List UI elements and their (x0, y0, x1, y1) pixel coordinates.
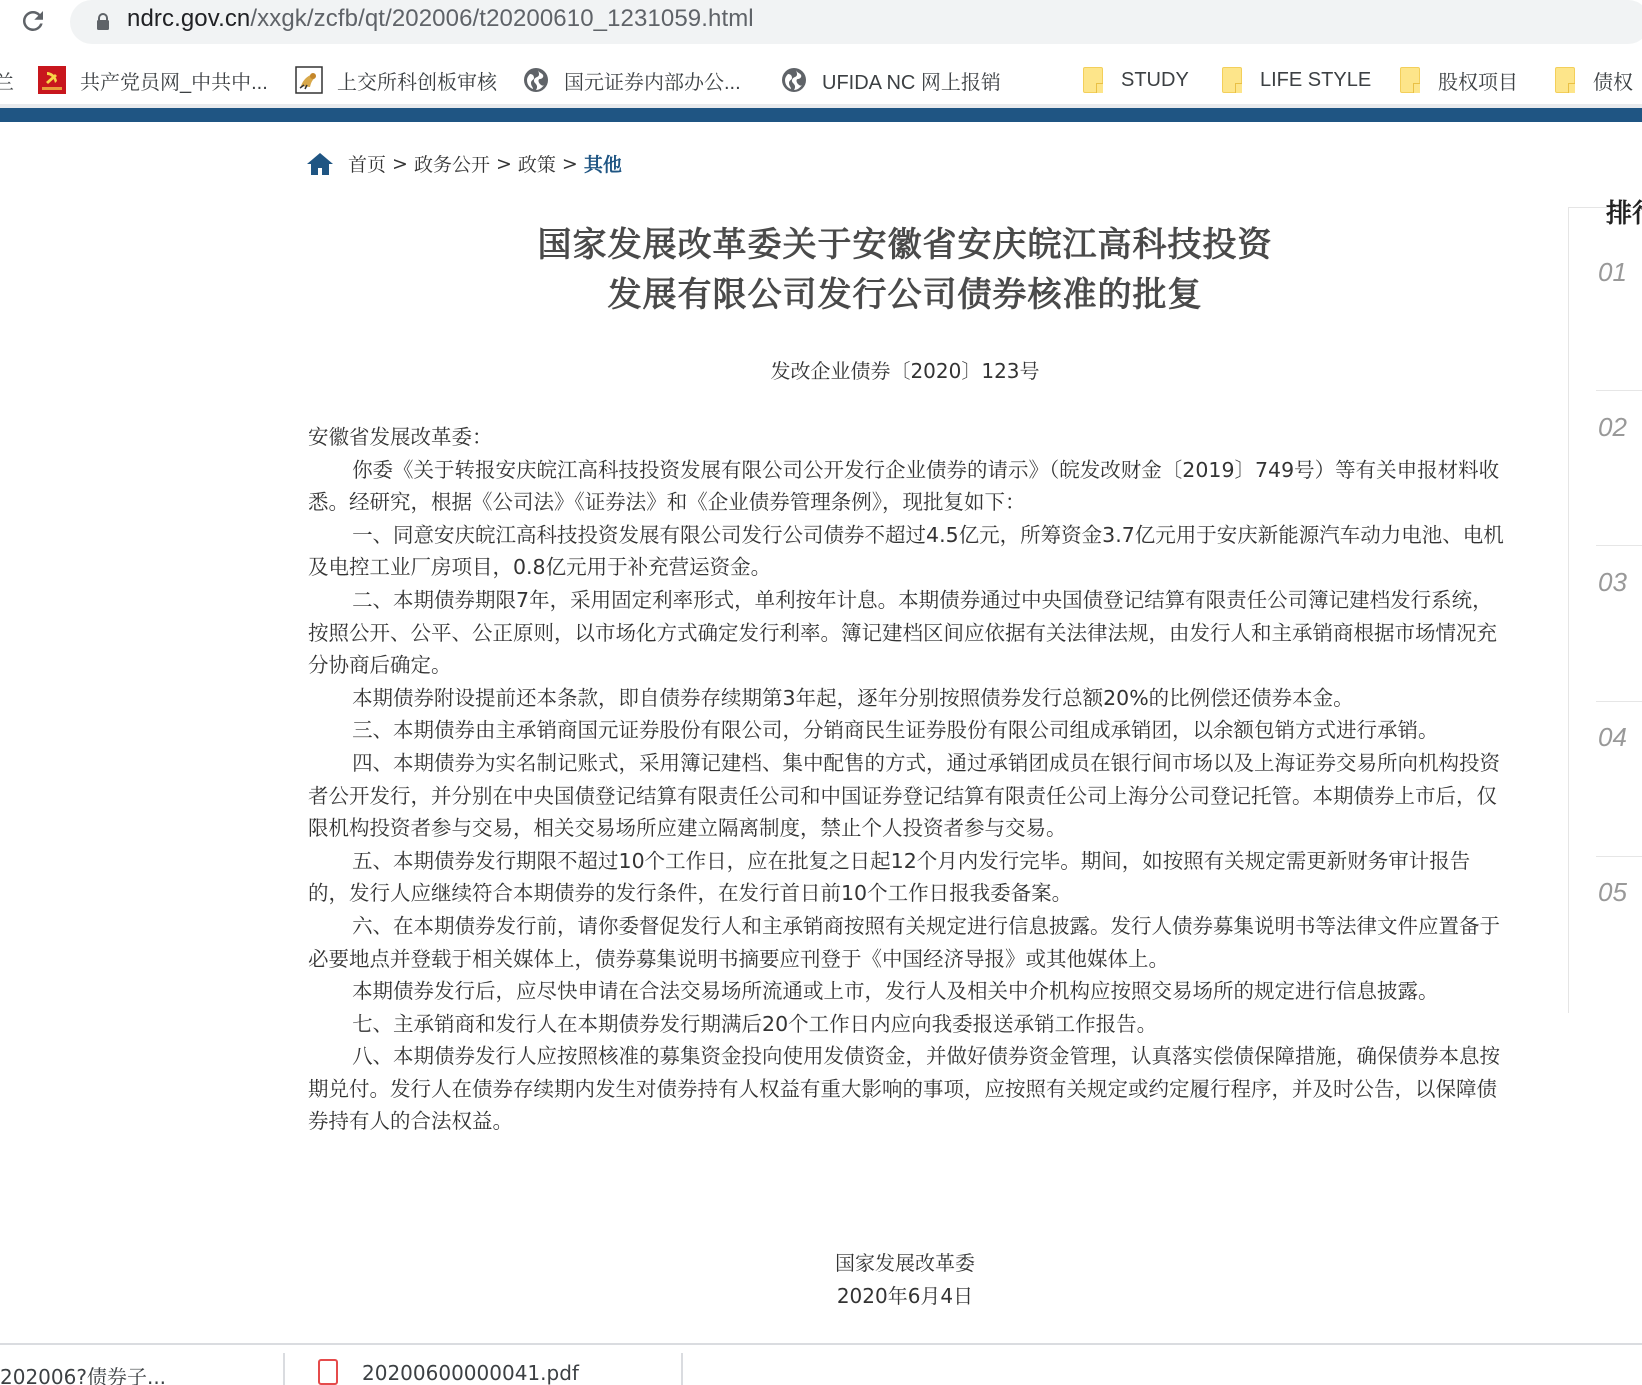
document-number: 发改企业债券〔2020〕123号 (300, 355, 1510, 384)
download-filename: 20200600000041.pdf (362, 1361, 579, 1383)
download-shelf: 202006?债券子... 20200600000041.pdf (0, 1343, 1642, 1383)
rank-divider (1596, 390, 1642, 391)
signature-block: 国家发展改革委 2020年6月4日 (300, 1247, 1510, 1313)
breadcrumb-separator: > (392, 153, 408, 175)
bookmark-label: 上交所科创板审核 (337, 66, 497, 95)
folder-icon (1083, 67, 1103, 93)
bookmark-ufida-nc[interactable]: UFIDA NC 网上报销 (780, 64, 1001, 96)
party-emblem-icon (38, 66, 66, 94)
reload-icon[interactable] (18, 6, 48, 36)
bookmark-label: STUDY (1121, 69, 1189, 92)
bookmark-label: 兰 (0, 66, 14, 95)
rank-divider (1596, 701, 1642, 702)
lock-icon[interactable] (96, 13, 110, 30)
rank-number[interactable]: 01 (1598, 257, 1627, 288)
folder-icon (1555, 67, 1575, 93)
bookmark-folder-equity[interactable]: 股权项目 (1400, 64, 1518, 96)
paragraph: 你委《关于转报安庆皖江高科技投资发展有限公司公开发行企业债券的请示》（皖发改财金… (308, 454, 1508, 519)
article-title-line-1: 国家发展改革委关于安徽省安庆皖江高科技投资 (300, 220, 1510, 270)
home-icon[interactable] (306, 151, 334, 177)
url-field[interactable]: ndrc.gov.cn/xxgk/zcfb/qt/202006/t2020061… (127, 5, 754, 33)
signature-date: 2020年6月4日 (300, 1280, 1510, 1313)
paragraph: 本期债券发行后，应尽快申请在合法交易场所流通或上市，发行人及相关中介机构应按照交… (308, 975, 1508, 1008)
bookmark-party-member-net[interactable]: 共产党员网_中共中... (38, 64, 268, 96)
article-title-line-2: 发展有限公司发行公司债券核准的批复 (300, 270, 1510, 320)
tiger-icon (295, 66, 323, 94)
breadcrumb-policy[interactable]: 政策 (518, 150, 556, 177)
breadcrumb-current[interactable]: 其他 (584, 150, 622, 177)
bookmark-label: 国元证券内部办公... (564, 66, 741, 95)
bookmark-label: 债权 (1593, 66, 1633, 95)
breadcrumb-separator: > (496, 153, 512, 175)
download-separator (283, 1353, 285, 1383)
paragraph: 四、本期债券为实名制记账式，采用簿记建档、集中配售的方式，通过承销团成员在银行间… (308, 747, 1508, 845)
bookmark-label: 股权项目 (1438, 66, 1518, 95)
download-filename: 202006?债券子... (0, 1365, 166, 1383)
breadcrumb-home[interactable]: 首页 (348, 150, 386, 177)
url-host: ndrc.gov.cn (127, 5, 250, 32)
folder-icon (1400, 67, 1420, 93)
ranking-title: 排行 (1606, 193, 1642, 230)
bookmark-label: UFIDA NC 网上报销 (822, 66, 1001, 95)
bookmark-folder-debt[interactable]: 债权 (1555, 64, 1633, 96)
breadcrumb: 首页 > 政务公开 > 政策 > 其他 (306, 150, 622, 177)
paragraph: 六、在本期债券发行前，请你委督促发行人和主承销商按照有关规定进行信息披露。发行人… (308, 910, 1508, 975)
rank-number[interactable]: 04 (1598, 722, 1627, 753)
download-item[interactable]: 20200600000041.pdf (362, 1361, 642, 1383)
download-separator (681, 1353, 683, 1383)
paragraph: 三、本期债券由主承销商国元证券股份有限公司，分销商民生证券股份有限公司组成承销团… (308, 714, 1508, 747)
site-header-bar (0, 108, 1642, 122)
bookmark-truncated[interactable]: 兰 (0, 64, 14, 96)
browser-address-row: ndrc.gov.cn/xxgk/zcfb/qt/202006/t2020061… (0, 0, 1642, 46)
paragraph: 一、同意安庆皖江高科技投资发展有限公司发行公司债券不超过4.5亿元，所筹资金3.… (308, 519, 1508, 584)
bookmark-guoyuan-office[interactable]: 国元证券内部办公... (522, 64, 741, 96)
bookmarks-bar: 兰 共产党员网_中共中... 上交所科创板审核 国元证券内部办公... (0, 56, 1642, 104)
bookmark-folder-study[interactable]: STUDY (1083, 64, 1189, 96)
paragraph: 本期债券附设提前还本条款，即自债券存续期第3年起，逐年分别按照债券发行总额20%… (308, 682, 1508, 715)
rank-divider (1596, 545, 1642, 546)
salutation: 安徽省发展改革委： (308, 421, 1508, 454)
article-title: 国家发展改革委关于安徽省安庆皖江高科技投资 发展有限公司发行公司债券核准的批复 (300, 220, 1510, 320)
bookmark-label: 共产党员网_中共中... (80, 66, 268, 95)
rank-number[interactable]: 05 (1598, 877, 1627, 908)
article-body: 安徽省发展改革委： 你委《关于转报安庆皖江高科技投资发展有限公司公开发行企业债券… (308, 421, 1508, 1138)
rank-number[interactable]: 02 (1598, 412, 1627, 443)
rank-number[interactable]: 03 (1598, 567, 1627, 598)
globe-icon (522, 66, 550, 94)
bookmark-label: LIFE STYLE (1260, 69, 1371, 92)
bookmark-folder-life-style[interactable]: LIFE STYLE (1222, 64, 1371, 96)
pdf-icon (318, 1359, 338, 1383)
breadcrumb-government-affairs[interactable]: 政务公开 (414, 150, 490, 177)
paragraph: 五、本期债券发行期限不超过10个工作日，应在批复之日起12个月内发行完毕。期间，… (308, 845, 1508, 910)
bookmark-sse-star-market[interactable]: 上交所科创板审核 (295, 64, 497, 96)
signature-issuer: 国家发展改革委 (300, 1247, 1510, 1280)
paragraph: 二、本期债券期限7年，采用固定利率形式，单利按年计息。本期债券通过中央国债登记结… (308, 584, 1508, 682)
download-item[interactable]: 202006?债券子... (0, 1361, 250, 1383)
breadcrumb-separator: > (562, 153, 578, 175)
folder-icon (1222, 67, 1242, 93)
paragraph: 八、本期债券发行人应按照核准的募集资金投向使用发债资金，并做好债券资金管理，认真… (308, 1040, 1508, 1138)
globe-icon (780, 66, 808, 94)
rank-divider (1596, 856, 1642, 857)
url-path: /xxgk/zcfb/qt/202006/t20200610_1231059.h… (250, 5, 753, 32)
paragraph: 七、主承销商和发行人在本期债券发行期满后20个工作日内应向我委报送承销工作报告。 (308, 1008, 1508, 1041)
